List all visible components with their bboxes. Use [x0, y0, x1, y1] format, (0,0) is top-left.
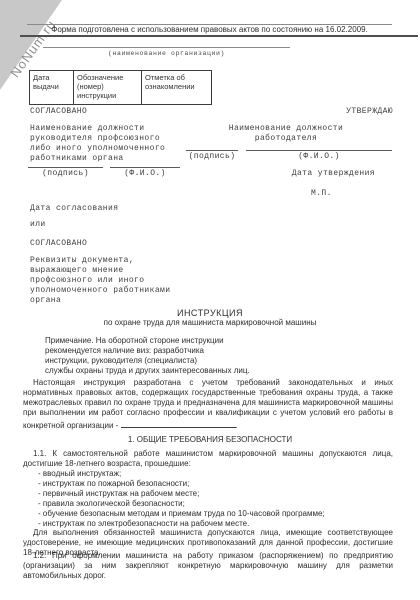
- issue-table: Дата выдачи Обозначение (номер) инструкц…: [29, 70, 212, 105]
- issue-table-header-number: Обозначение (номер) инструкции: [73, 71, 141, 104]
- employer-name-line: [246, 150, 392, 151]
- agreement-date-label: Дата согласования: [30, 204, 118, 214]
- issue-table-header-ack: Отметка об ознакомлении: [141, 71, 211, 104]
- section-1-heading: 1. ОБЩИЕ ТРЕБОВАНИЯ БЕЗОПАСНОСТИ: [0, 435, 420, 445]
- list-item: - первичный инструктаж на рабочем месте;: [38, 489, 398, 499]
- union-signature-line: [28, 167, 103, 168]
- employer-signature-caption: (подпись): [183, 152, 241, 162]
- instruction-title: ИНСТРУКЦИЯ: [0, 308, 420, 318]
- requirements-list: - вводный инструктаж; - инструктаж по по…: [38, 469, 398, 529]
- union-signature-caption: (подпись): [28, 169, 103, 179]
- list-item: - вводный инструктаж;: [38, 469, 398, 479]
- union-name-line: [110, 167, 180, 168]
- employer-signature-line: [186, 150, 238, 151]
- agreed-label: СОГЛАСОВАНО: [30, 107, 87, 117]
- approved-label: УТВЕРЖДАЮ: [346, 107, 393, 117]
- approval-date-label: Дата утверждения: [205, 169, 375, 179]
- employer-name-caption: (Ф.И.О.): [246, 152, 392, 162]
- instruction-subtitle: по охране труда для машиниста маркировоч…: [0, 318, 420, 328]
- union-name-caption: (Ф.И.О.): [110, 169, 180, 179]
- org-fill-blank: [121, 418, 236, 428]
- header-rule-bottom: [20, 35, 418, 37]
- stamp-label: М.П.: [311, 189, 332, 199]
- or-label: или: [30, 220, 46, 230]
- document-page: NoNum.ru Форма подготовлена с использова…: [0, 0, 420, 600]
- issue-table-header-date: Дата выдачи: [30, 71, 73, 104]
- agreed-label-2: СОГЛАСОВАНО: [30, 239, 87, 249]
- prepared-note: Форма подготовлена с использованием прав…: [27, 25, 392, 35]
- instruction-note: Примечание. На оборотной стороне инструк…: [45, 336, 355, 376]
- list-item: - правила экологической безопасности;: [38, 499, 398, 509]
- list-item: - инструктаж по пожарной безопасности;: [38, 479, 398, 489]
- list-item: - обучение безопасным методам и приемам …: [38, 509, 398, 519]
- intro-paragraph: Настоящая инструкция разработана с учето…: [23, 378, 393, 431]
- paragraph-1-1: 1.1. К самостоятельной работе машинистом…: [23, 449, 393, 469]
- doc-requisites-text: Реквизиты документа, выражающего мнение …: [30, 256, 200, 306]
- union-position-text: Наименование должности руководителя проф…: [30, 124, 190, 164]
- employer-position-text: Наименование должности работодателя: [216, 124, 356, 144]
- org-name-caption: (наименование организации): [43, 50, 290, 57]
- org-name-line: [43, 47, 290, 48]
- intro-suffix: .: [236, 421, 238, 430]
- paragraph-1-2: 1.2. При оформлении машиниста на работу …: [23, 551, 393, 581]
